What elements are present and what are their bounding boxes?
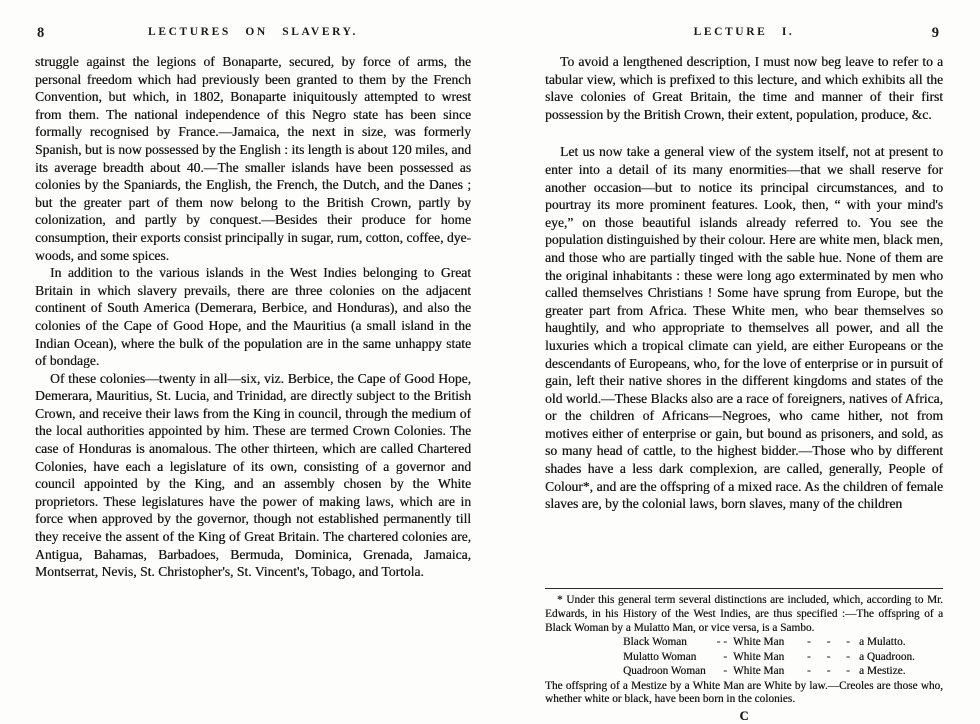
paragraph: Let us now take a general view of the sy…	[545, 143, 943, 512]
right-page-number: 9	[932, 25, 939, 42]
footnote-cell-parent2: White Man	[733, 664, 803, 678]
book-scan-spread: 8 LECTURES ON SLAVERY. struggle against …	[0, 0, 980, 724]
footnote-parent1-text: Mulatto Woman	[623, 650, 696, 664]
footnote-dash-run: - - - - -	[803, 650, 859, 664]
footnote-dash-run: - - - - -	[803, 664, 859, 678]
footnote-dash: -	[723, 650, 727, 664]
footnote-separator	[545, 588, 943, 589]
left-page-number: 8	[37, 25, 44, 42]
footnote-parent1-text: Black Woman	[623, 635, 687, 649]
right-page-body: To avoid a lengthened description, I mus…	[545, 53, 943, 513]
footnote-table-row: Black Woman - - White Man - - - - - a Mu…	[545, 635, 943, 649]
footnote-cell-parent1: Mulatto Woman -	[623, 650, 733, 664]
footnote: * Under this general term several distin…	[545, 588, 943, 724]
right-running-header: LECTURE I.	[694, 26, 795, 38]
footnote-dash: -	[723, 664, 727, 678]
footnote-table-row: Mulatto Woman - White Man - - - - - a Qu…	[545, 650, 943, 664]
footnote-parent1-text: Quadroon Woman	[623, 664, 706, 678]
signature-mark: C	[545, 710, 943, 724]
left-page-header: 8 LECTURES ON SLAVERY.	[35, 26, 471, 46]
footnote-dash-run: - - - - -	[803, 635, 859, 649]
paragraph: struggle against the legions of Bonapart…	[35, 53, 471, 264]
footnote-cell-parent1: Black Woman - -	[623, 635, 733, 649]
footnote-table-row: Quadroon Woman - White Man - - - - - a M…	[545, 664, 943, 678]
paragraph: To avoid a lengthened description, I mus…	[545, 53, 943, 123]
footnote-row-indent	[545, 635, 623, 649]
footnote-cell-parent2: White Man	[733, 650, 803, 664]
left-page-body: struggle against the legions of Bonapart…	[35, 53, 471, 581]
footnote-cell-parent2: White Man	[733, 635, 803, 649]
paragraph: Of these colonies—twenty in all—six, viz…	[35, 370, 471, 581]
right-page: LECTURE I. 9 To avoid a lengthened descr…	[545, 26, 943, 513]
footnote-cell-result: a Quadroon.	[859, 650, 943, 664]
footnote-dash: - -	[717, 635, 727, 649]
footnote-cell-result: a Mestize.	[859, 664, 943, 678]
footnote-intro: * Under this general term several distin…	[545, 594, 943, 635]
footnote-row-indent	[545, 664, 623, 678]
paragraph: In addition to the various islands in th…	[35, 264, 471, 370]
left-running-header: LECTURES ON SLAVERY.	[148, 26, 358, 38]
footnote-cell-result: a Mulatto.	[859, 635, 943, 649]
left-page: 8 LECTURES ON SLAVERY. struggle against …	[35, 26, 471, 581]
footnote-row-indent	[545, 650, 623, 664]
footnote-outro: The offspring of a Mestize by a White Ma…	[545, 680, 943, 708]
right-page-header: LECTURE I. 9	[545, 26, 943, 46]
footnote-cell-parent1: Quadroon Woman -	[623, 664, 733, 678]
